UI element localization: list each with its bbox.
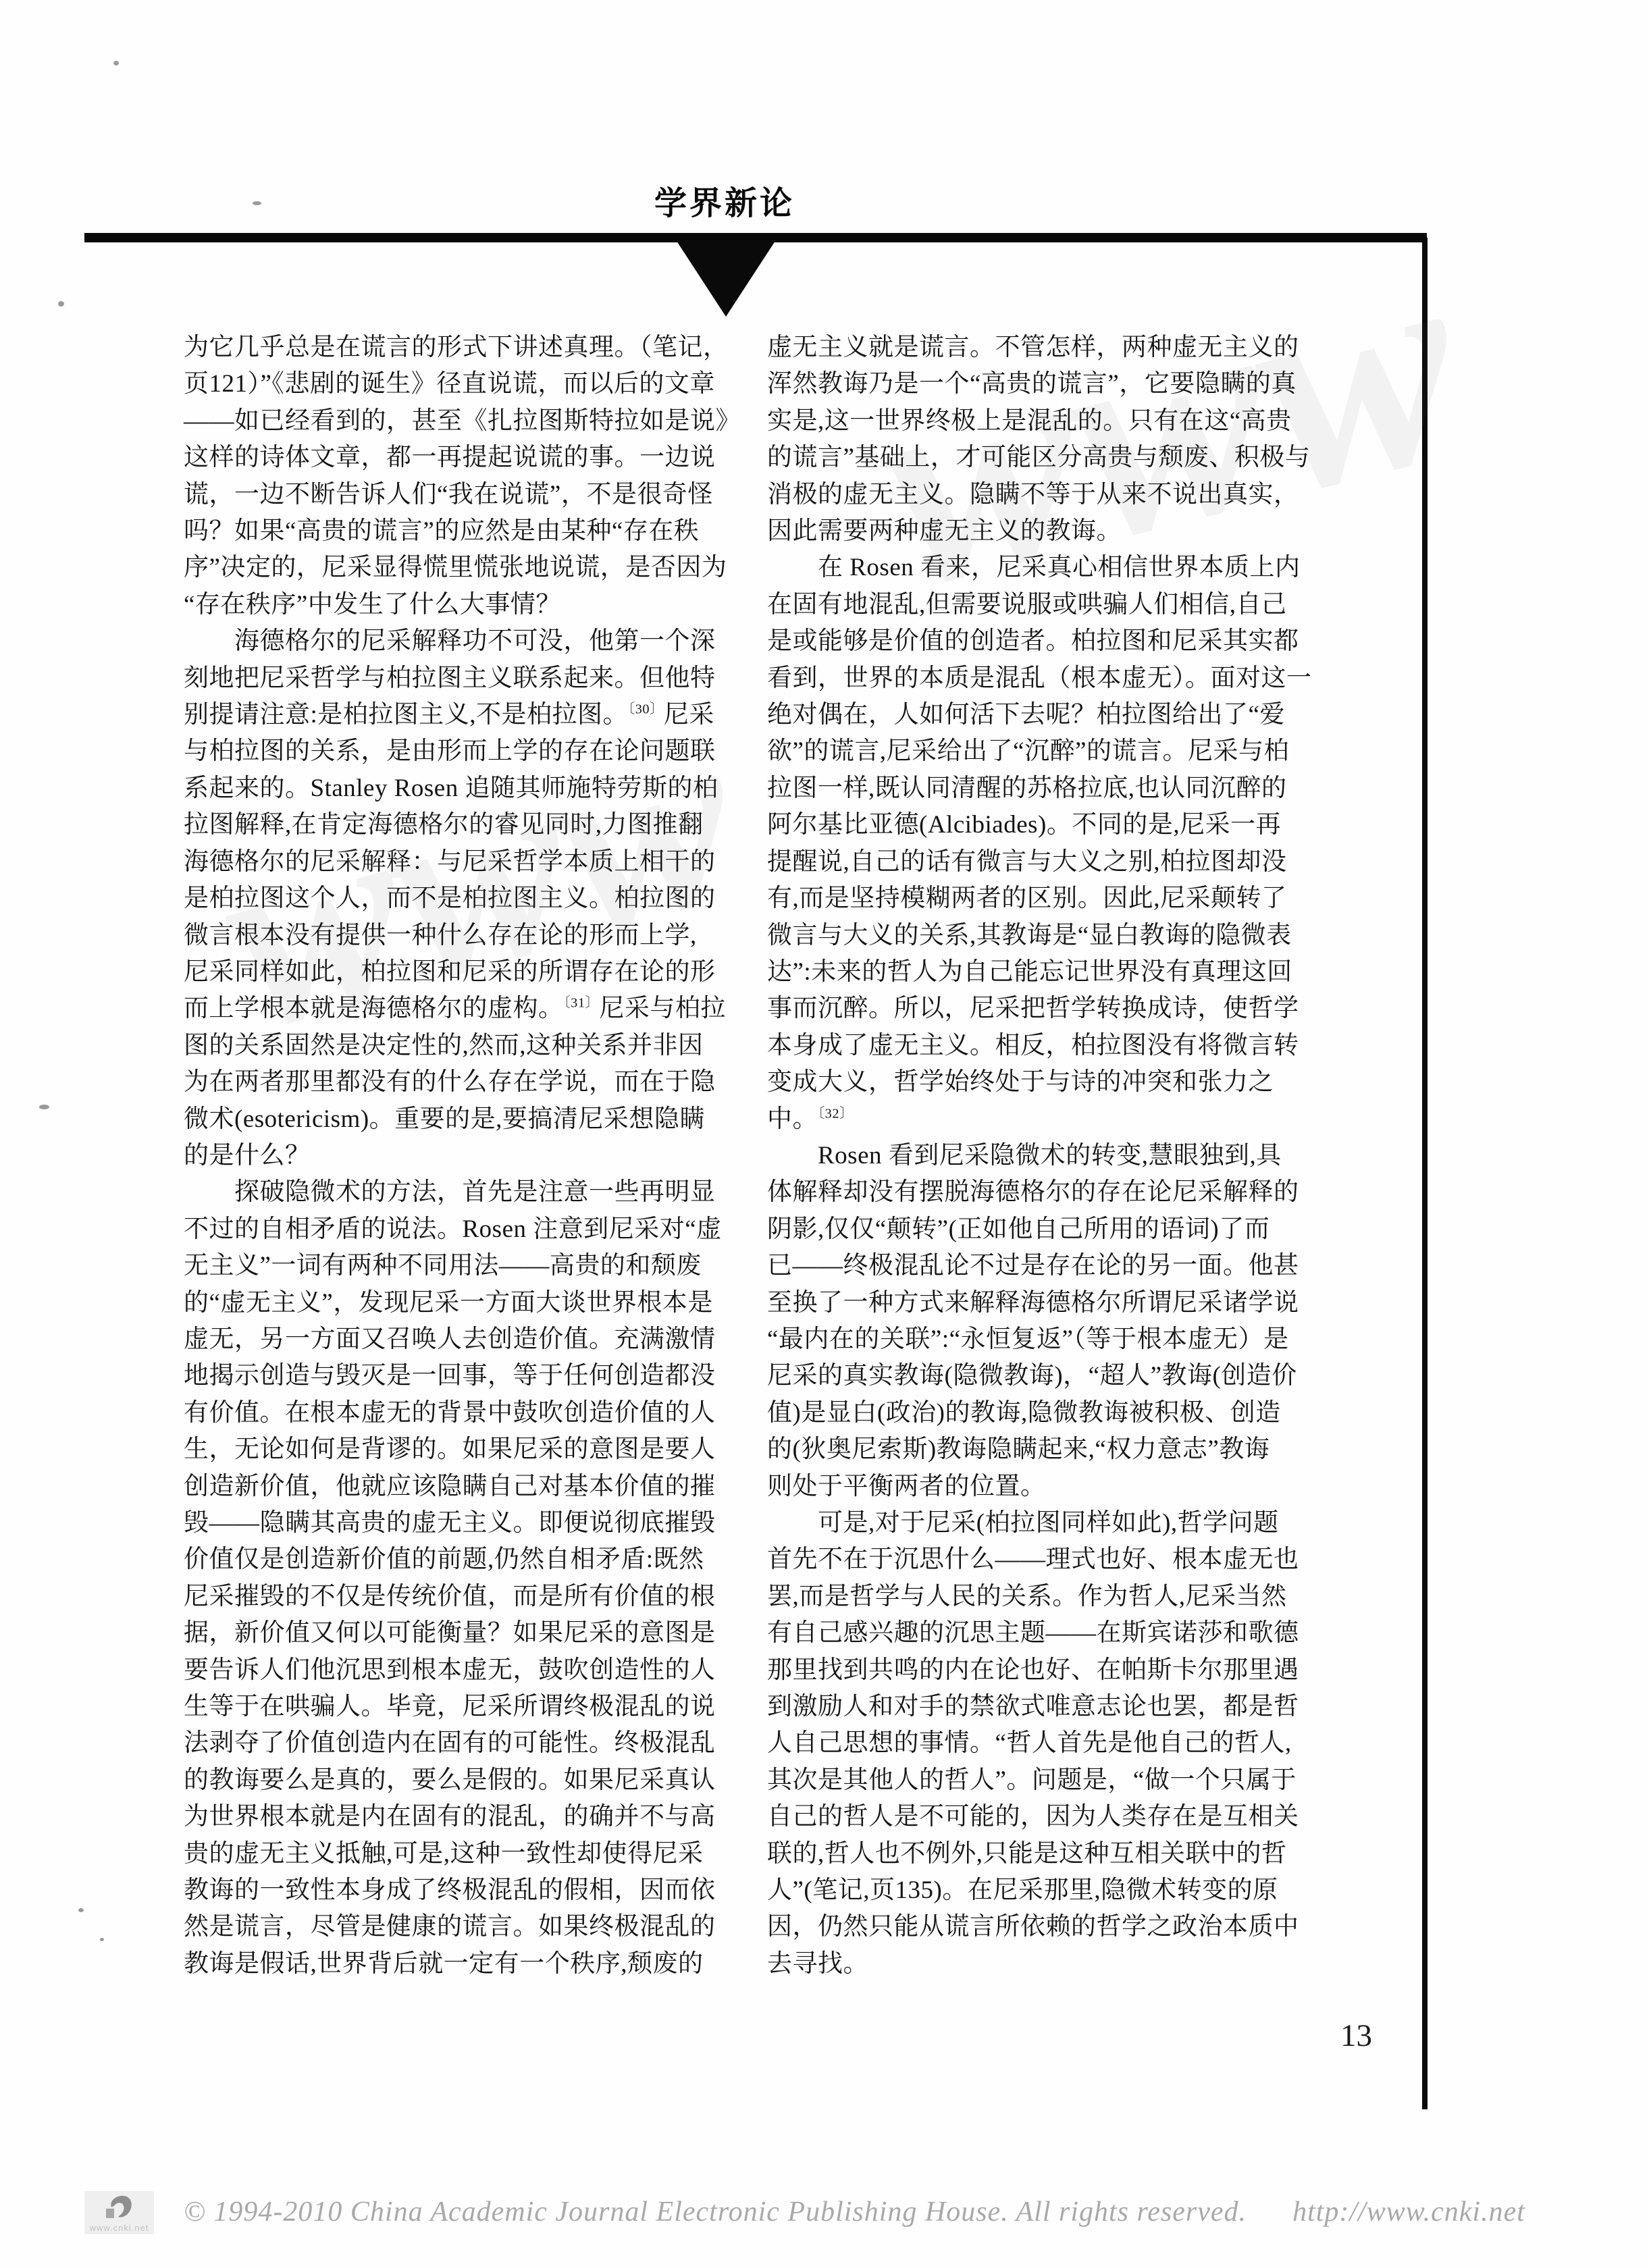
text-line: 法剥夺了价值创造内在固有的可能性。终极混乱 xyxy=(184,1725,748,1762)
text-line: 生等于在哄骗人。毕竟，尼采所谓终极混乱的说 xyxy=(184,1689,748,1725)
text-line: 是或能够是价值的创造者。柏拉图和尼采其实都 xyxy=(767,623,1369,660)
text-line: 变成大义，哲学始终处于与诗的冲突和张力之 xyxy=(767,1064,1369,1101)
right-margin-rule xyxy=(1422,238,1428,2109)
text-line: 尼采的真实教诲(隐微教诲)，“超人”教诲(创造价 xyxy=(767,1358,1369,1394)
text-line: 系起来的。Stanley Rosen 追随其师施特劳斯的柏 xyxy=(184,770,748,807)
text-line: 则处于平衡两者的位置。 xyxy=(767,1469,1369,1505)
text-column-left: 为它几乎总是在谎言的形式下讲述真理。（笔记，页121）”《悲剧的诞生》径直说谎，… xyxy=(184,329,748,1982)
text-line: 绝对偶在，人如何活下去呢？柏拉图给出了“爱 xyxy=(767,697,1369,733)
text-line: 其次是其他人的哲人”。问题是，“做一个只属于 xyxy=(767,1762,1369,1799)
text-line: 实是,这一世界终极上是混乱的。只有在这“高贵 xyxy=(767,403,1369,440)
text-line: 已——终极混乱论不过是存在论的另一面。他甚 xyxy=(767,1248,1369,1284)
text-column-right: 虚无主义就是谎言。不管怎样，两种虚无主义的浑然教诲乃是一个“高贵的谎言”，它要隐… xyxy=(767,329,1369,1982)
text-line: 尼采同样如此，柏拉图和尼采的所谓存在论的形 xyxy=(184,954,748,991)
text-line: 微言与大义的关系,其教诲是“显白教诲的隐微表 xyxy=(767,918,1369,954)
text-line: 教诲的一致性本身成了终极混乱的假相，因而依 xyxy=(184,1872,748,1909)
text-line: 因此需要两种虚无主义的教诲。 xyxy=(767,513,1369,550)
text-line: 至换了一种方式来解释海德格尔所谓尼采诸学说 xyxy=(767,1285,1369,1321)
text-line: 地揭示创造与毁灭是一回事，等于任何创造都没 xyxy=(184,1358,748,1394)
text-line: 提醒说,自己的话有微言与大义之别,柏拉图却没 xyxy=(767,844,1369,880)
scan-speck xyxy=(253,201,261,205)
text-line: 去寻找。 xyxy=(767,1946,1369,1982)
text-line: 价值仅是创造新价值的前题,仍然自相矛盾:既然 xyxy=(184,1541,748,1578)
text-line: 的“虚无主义”，发现尼采一方面大谈世界根本是 xyxy=(184,1285,748,1321)
footer-copyright: © 1994-2010 China Academic Journal Elect… xyxy=(184,2196,1247,2227)
text-line: 自己的哲人是不可能的，因为人类存在是互相关 xyxy=(767,1799,1369,1835)
scan-speck xyxy=(113,61,119,65)
text-line: 有自己感兴趣的沉思主题——在斯宾诺莎和歌德 xyxy=(767,1615,1369,1652)
text-line: 有价值。在根本虚无的背景中鼓吹创造价值的人 xyxy=(184,1395,748,1431)
text-line: 拉图解释,在肯定海德格尔的睿见同时,力图推翻 xyxy=(184,807,748,843)
text-line: 教诲是假话,世界背后就一定有一个秩序,颓废的 xyxy=(184,1946,748,1982)
text-line: 海德格尔的尼采解释功不可没，他第一个深 xyxy=(184,623,748,660)
scan-speck xyxy=(100,1938,104,1941)
text-line: 别提请注意:是柏拉图主义,不是柏拉图。〔30〕尼采 xyxy=(184,697,748,733)
text-line: 页121）”《悲剧的诞生》径直说谎，而以后的文章 xyxy=(184,366,748,402)
page-header-title: 学界新论 xyxy=(654,177,795,223)
journal-page: 学界新论 www www 为它几乎总是在谎言的形式下讲述真理。（笔记，页121）… xyxy=(0,0,1649,2268)
text-line: 要告诉人们他沉思到根本虚无，鼓吹创造性的人 xyxy=(184,1652,748,1689)
text-line: 这样的诗体文章，都一再提起说谎的事。一边说 xyxy=(184,440,748,476)
text-line: 事而沉醉。所以，尼采把哲学转换成诗，使哲学 xyxy=(767,991,1369,1027)
text-line: 体解释却没有摆脱海德格尔的存在论尼采解释的 xyxy=(767,1174,1369,1211)
text-line: 谎，一边不断告诉人们“我在说谎”，不是很奇怪 xyxy=(184,477,748,513)
text-line: 在 Rosen 看来，尼采真心相信世界本质上内 xyxy=(767,550,1369,586)
text-line: 消极的虚无主义。隐瞒不等于从来不说出真实， xyxy=(767,477,1369,513)
text-line: 人自己思想的事情。“哲人首先是他自己的哲人, xyxy=(767,1725,1369,1762)
cnki-logo: www.cnki.net xyxy=(84,2191,154,2234)
text-line: 与柏拉图的关系，是由形而上学的存在论问题联 xyxy=(184,733,748,770)
scan-speck xyxy=(39,1105,49,1109)
text-line: 值)是显白(政治)的教诲,隐微教诲被积极、创造 xyxy=(767,1395,1369,1431)
text-line: 吗？如果“高贵的谎言”的应然是由某种“存在秩 xyxy=(184,513,748,550)
text-line: 微言根本没有提供一种什么存在论的形而上学, xyxy=(184,918,748,954)
text-line: 图的关系固然是决定性的,然而,这种关系并非因 xyxy=(184,1028,748,1064)
text-line: 本身成了虚无主义。相反，柏拉图没有将微言转 xyxy=(767,1028,1369,1064)
text-line: 看到，世界的本质是混乱（根本虚无）。面对这一 xyxy=(767,660,1369,697)
header-triangle-ornament xyxy=(677,241,775,317)
text-line: 海德格尔的尼采解释：与尼采哲学本质上相干的 xyxy=(184,844,748,880)
text-line: 探破隐微术的方法，首先是注意一些再明显 xyxy=(184,1174,748,1211)
text-line: 然是谎言，尽管是健康的谎言。如果终极混乱的 xyxy=(184,1909,748,1945)
text-line: 微术(esotericism)。重要的是,要搞清尼采想隐瞒 xyxy=(184,1101,748,1138)
text-line: “存在秩序”中发生了什么大事情？ xyxy=(184,587,748,623)
text-line: 有,而是坚持模糊两者的区别。因此,尼采颠转了 xyxy=(767,880,1369,917)
text-line: 虚无主义就是谎言。不管怎样，两种虚无主义的 xyxy=(767,329,1369,366)
text-line: 无主义”一词有两种不同用法——高贵的和颓废 xyxy=(184,1248,748,1284)
scan-speck xyxy=(58,301,64,307)
text-line: 不过的自相矛盾的说法。Rosen 注意到尼采对“虚 xyxy=(184,1211,748,1248)
text-line: 贵的虚无主义抵触,可是,这种一致性却使得尼采 xyxy=(184,1836,748,1872)
text-line: 毁——隐瞒其高贵的虚无主义。即便说彻底摧毁 xyxy=(184,1505,748,1541)
scan-speck xyxy=(78,1908,84,1912)
text-line: 联的,哲人也不例外,只能是这种互相关联中的哲 xyxy=(767,1836,1369,1872)
text-line: 到激励人和对手的禁欲式唯意志论也罢，都是哲 xyxy=(767,1689,1369,1725)
footer: © 1994-2010 China Academic Journal Elect… xyxy=(184,2196,1525,2228)
text-line: 为它几乎总是在谎言的形式下讲述真理。（笔记， xyxy=(184,329,748,366)
text-line: 阴影,仅仅“颠转”(正如他自己所用的语词)了而 xyxy=(767,1211,1369,1248)
text-line: 为在两者那里都没有的什么存在学说，而在于隐 xyxy=(184,1064,748,1101)
text-line: 为世界根本就是内在固有的混乱，的确并不与高 xyxy=(184,1799,748,1835)
footer-url: http://www.cnki.net xyxy=(1292,2196,1525,2227)
text-line: 而上学根本就是海德格尔的虚构。〔31〕尼采与柏拉 xyxy=(184,991,748,1027)
text-line: 拉图一样,既认同清醒的苏格拉底,也认同沉醉的 xyxy=(767,770,1369,807)
text-line: 的教诲要么是真的，要么是假的。如果尼采真认 xyxy=(184,1762,748,1799)
text-line: 的谎言”基础上，才可能区分高贵与颓废、积极与 xyxy=(767,440,1369,476)
text-line: 罢,而是哲学与人民的关系。作为哲人,尼采当然 xyxy=(767,1579,1369,1615)
text-line: 欲”的谎言,尼采给出了“沉醉”的谎言。尼采与柏 xyxy=(767,733,1369,770)
text-line: 中。〔32〕 xyxy=(767,1101,1369,1138)
text-line: 那里找到共鸣的内在论也好、在帕斯卡尔那里遇 xyxy=(767,1652,1369,1689)
text-line: Rosen 看到尼采隐微术的转变,慧眼独到,具 xyxy=(767,1138,1369,1174)
text-line: 人”(笔记,页135)。在尼采那里,隐微术转变的原 xyxy=(767,1872,1369,1909)
text-line: 因，仍然只能从谎言所依赖的哲学之政治本质中 xyxy=(767,1909,1369,1945)
text-line: 的(狄奥尼索斯)教诲隐瞒起来,“权力意志”教诲 xyxy=(767,1431,1369,1468)
cnki-logo-caption: www.cnki.net xyxy=(84,2223,154,2233)
text-line: 在固有地混乱,但需要说服或哄骗人们相信,自己 xyxy=(767,587,1369,623)
text-line: 创造新价值，他就应该隐瞒自己对基本价值的摧 xyxy=(184,1469,748,1505)
text-line: 达”:未来的哲人为自己能忘记世界没有真理这回 xyxy=(767,954,1369,991)
text-line: 可是,对于尼采(柏拉图同样如此),哲学问题 xyxy=(767,1505,1369,1541)
text-line: 生，无论如何是背谬的。如果尼采的意图是要人 xyxy=(184,1431,748,1468)
text-line: 虚无，另一方面又召唤人去创造价值。充满激情 xyxy=(184,1321,748,1358)
text-line: 序”决定的，尼采显得慌里慌张地说谎，是否因为 xyxy=(184,550,748,586)
text-line: ——如已经看到的，甚至《扎拉图斯特拉如是说》 xyxy=(184,403,748,440)
cnki-swoosh-icon xyxy=(102,2194,137,2225)
text-line: 浑然教诲乃是一个“高贵的谎言”，它要隐瞒的真 xyxy=(767,366,1369,402)
text-line: 阿尔基比亚德(Alcibiades)。不同的是,尼采一再 xyxy=(767,807,1369,843)
text-line: 首先不在于沉思什么——理式也好、根本虚无也 xyxy=(767,1541,1369,1578)
text-line: 据，新价值又何以可能衡量？如果尼采的意图是 xyxy=(184,1615,748,1652)
page-number: 13 xyxy=(1340,2018,1372,2054)
text-line: 的是什么？ xyxy=(184,1138,748,1174)
text-line: “最内在的关联”:“永恒复返”（等于根本虚无）是 xyxy=(767,1321,1369,1358)
text-line: 刻地把尼采哲学与柏拉图主义联系起来。但他特 xyxy=(184,660,748,697)
text-line: 是柏拉图这个人，而不是柏拉图主义。柏拉图的 xyxy=(184,880,748,917)
text-line: 尼采摧毁的不仅是传统价值，而是所有价值的根 xyxy=(184,1579,748,1615)
